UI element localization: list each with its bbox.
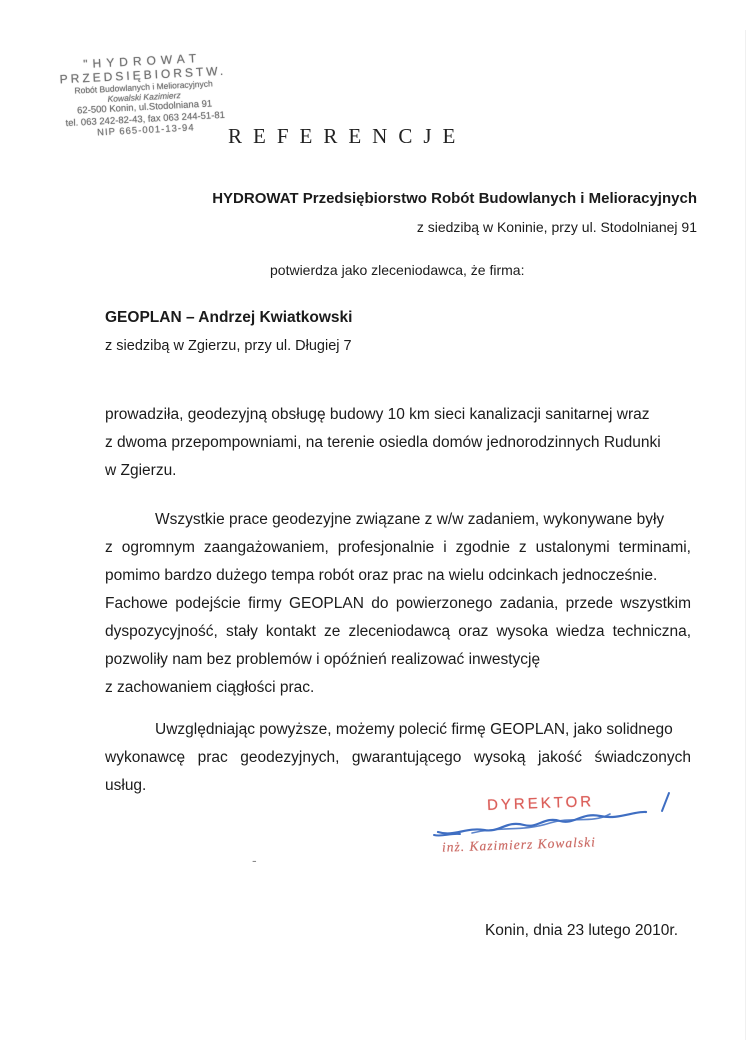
document-title: REFERENCJE: [228, 124, 466, 149]
contractor-name: GEOPLAN – Andrzej Kwiatkowski: [105, 309, 352, 327]
paragraph-line: pozwoliły nam bez problemów i opóźnień r…: [105, 646, 691, 674]
confirmation-line: potwierdza jako zleceniodawca, że firma:: [270, 262, 524, 278]
scan-edge-artifact: [745, 30, 746, 1040]
body-paragraph-2: Wszystkie prace geodezyjne związane z w/…: [105, 506, 691, 702]
pen-slash-mark: [662, 793, 669, 811]
contractor-block: GEOPLAN – Andrzej Kwiatkowski z siedzibą…: [105, 309, 352, 354]
paragraph-line: pomimo bardzo dużego tempa robót oraz pr…: [105, 562, 691, 590]
paragraph-line: z zachowaniem ciągłości prac.: [105, 674, 691, 702]
paragraph-line: z dwoma przepompowniami, na terenie osie…: [105, 429, 691, 457]
issuer-name: HYDROWAT Przedsiębiorstwo Robót Budowlan…: [212, 190, 697, 207]
paragraph-line: wykonawcę prac geodezyjnych, gwarantując…: [105, 744, 691, 772]
issuer-address: z siedzibą w Koninie, przy ul. Stodolnia…: [212, 219, 697, 235]
company-rubber-stamp: "HYDROWAT PRZEDSIĘBIORSTW. Robót Budowla…: [34, 48, 254, 141]
paragraph-line: dyspozycyjność, stały kontakt ze zleceni…: [105, 618, 691, 646]
scanned-letter-page: "HYDROWAT PRZEDSIĘBIORSTW. Robót Budowla…: [0, 0, 750, 1061]
contractor-address: z siedzibą w Zgierzu, przy ul. Długiej 7: [105, 338, 352, 354]
paragraph-line: w Zgierzu.: [105, 457, 691, 485]
paragraph-line: Wszystkie prace geodezyjne związane z w/…: [105, 506, 691, 534]
stray-dash-mark: -: [252, 852, 257, 868]
issuer-block: HYDROWAT Przedsiębiorstwo Robót Budowlan…: [212, 190, 697, 235]
paragraph-line: z ogromnym zaangażowaniem, profesjonalni…: [105, 534, 691, 562]
paragraph-line: Fachowe podejście firmy GEOPLAN do powie…: [105, 590, 691, 618]
paragraph-line: prowadziła, geodezyjną obsługę budowy 10…: [105, 401, 691, 429]
body-paragraph-1: prowadziła, geodezyjną obsługę budowy 10…: [105, 401, 691, 485]
place-and-date: Konin, dnia 23 lutego 2010r.: [485, 922, 678, 940]
paragraph-line: Uwzględniając powyższe, możemy polecić f…: [105, 716, 691, 744]
